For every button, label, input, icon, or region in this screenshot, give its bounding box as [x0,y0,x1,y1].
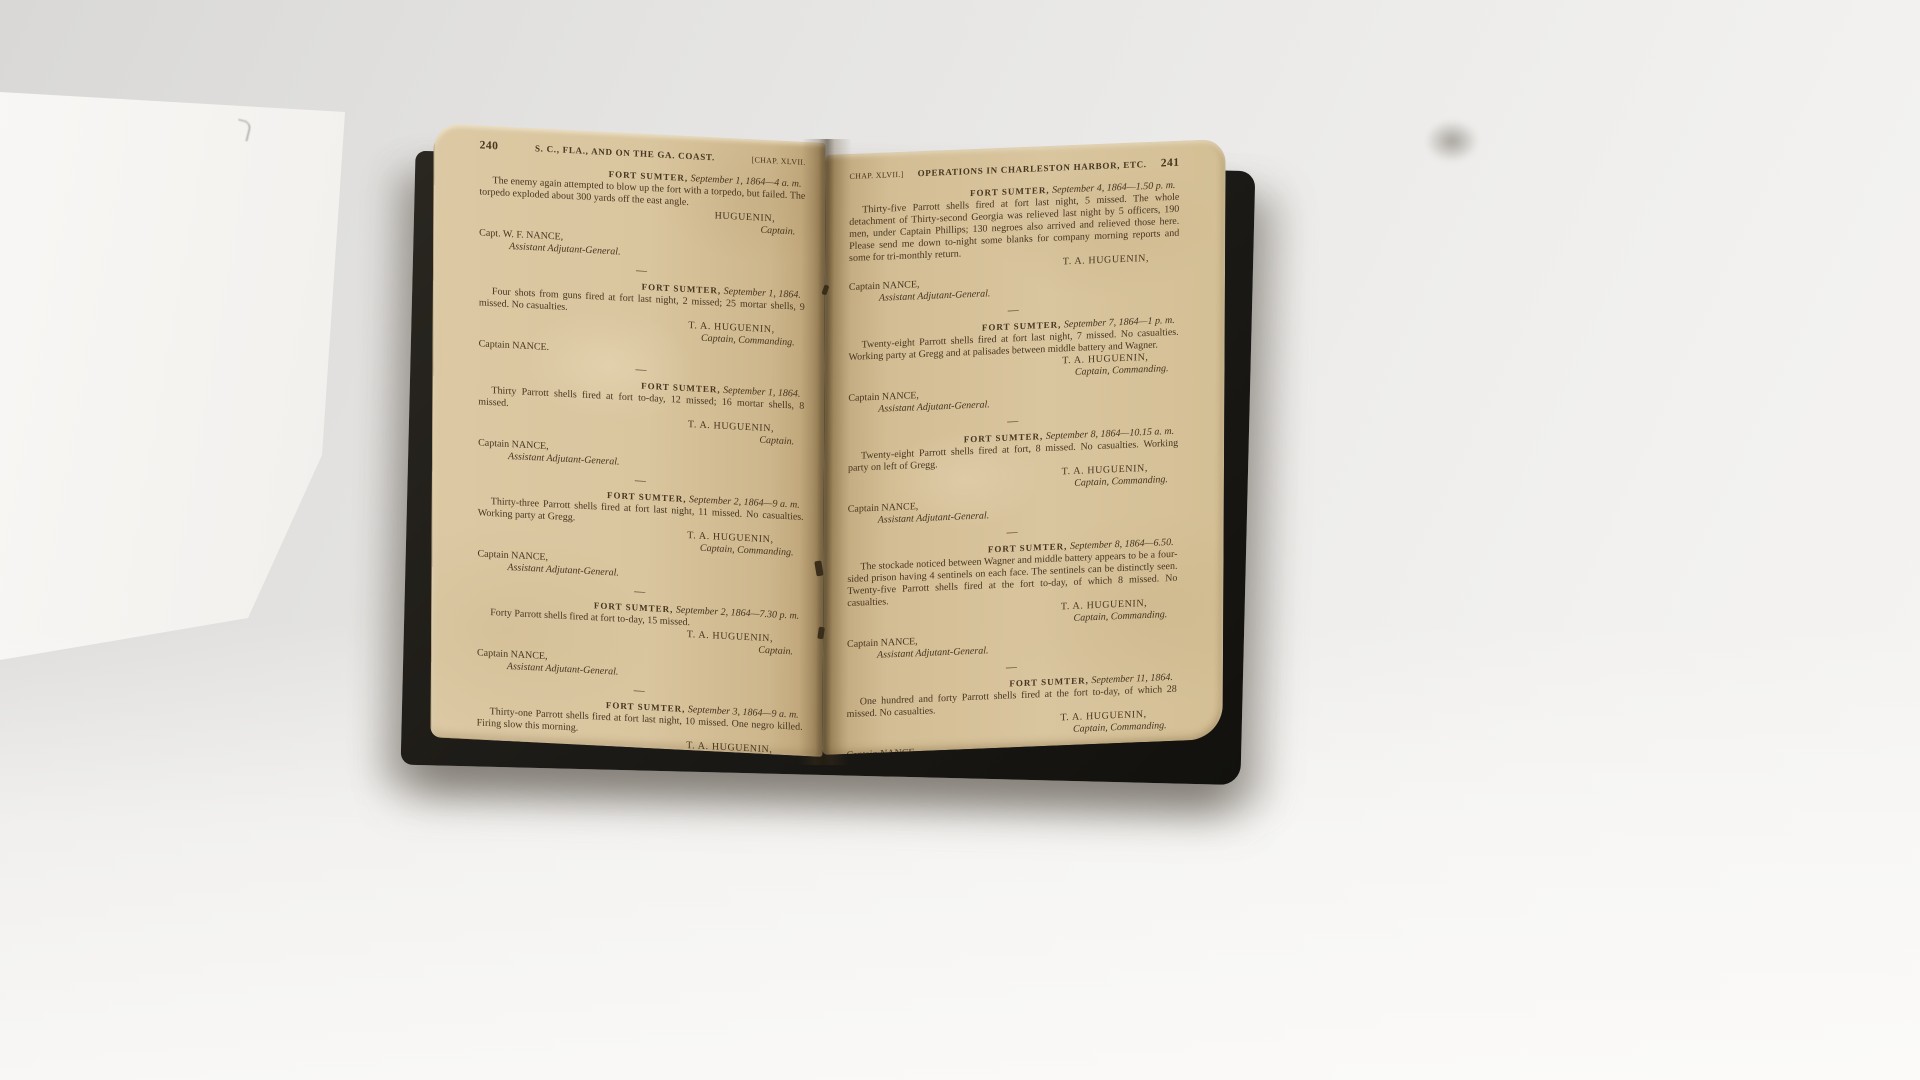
open-book: 240 S. C., FLA., AND ON THE GA. COAST. [… [400,131,1265,796]
dispatch-place: FORT SUMTER, [970,185,1050,198]
header-title: S. C., FLA., AND ON THE GA. COAST. [498,141,751,165]
dispatch-entry: FORT SUMTER, September 8, 1864—10.15 a. … [848,426,1179,545]
dispatch-entry: FORT SUMTER, September 8, 1864—6.50. The… [847,537,1178,680]
dispatch-entry: FORT SUMTER, September 4, 1864—1.50 p. m… [849,180,1180,323]
right-page: CHAP. XLVII.] OPERATIONS IN CHARLESTON H… [822,139,1225,755]
dispatch-place: FORT SUMTER, [982,319,1062,332]
dispatch-place: FORT SUMTER, [988,541,1068,554]
header-page-number: 240 [480,139,499,154]
white-paper-sheet [0,0,420,700]
dispatch-entry: FORT SUMTER, September 1, 1864—4 a. m. T… [479,162,805,285]
left-page: 240 S. C., FLA., AND ON THE GA. COAST. [… [431,123,826,757]
dispatch-entry: FORT SUMTER, September 2, 1864—9 a. m. T… [477,483,803,606]
header-title: OPERATIONS IN CHARLESTON HARBOR, ETC. [904,158,1161,179]
photo-scene: { "scene": { "background_color": "#e9e8e… [0,0,1920,1080]
page-header: CHAP. XLVII.] OPERATIONS IN CHARLESTON H… [849,157,1179,184]
dispatch-place: FORT SUMTER, [964,431,1044,444]
header-chapter: CHAP. XLVII.] [849,170,903,182]
header-page-number: 241 [1161,157,1180,172]
dispatch-entry: FORT SUMTER, September 11, 1864. One hun… [846,672,1177,755]
dispatch-entry: FORT SUMTER, September 2, 1864—7.30 p. m… [477,594,803,705]
dispatch-entry: FORT SUMTER, September 7, 1864—1 p. m. T… [848,315,1179,434]
dispatch-entry: FORT SUMTER, September 1, 1864. Thirty P… [478,372,804,495]
smudge-mark [1415,112,1489,170]
header-chapter: [CHAP. XLVII. [751,155,805,167]
book-gutter-shadow [798,139,851,765]
dispatch-entry: FORT SUMTER, September 1, 1864. Four sho… [478,273,804,384]
dispatch-place: FORT SUMTER, [1009,675,1089,688]
